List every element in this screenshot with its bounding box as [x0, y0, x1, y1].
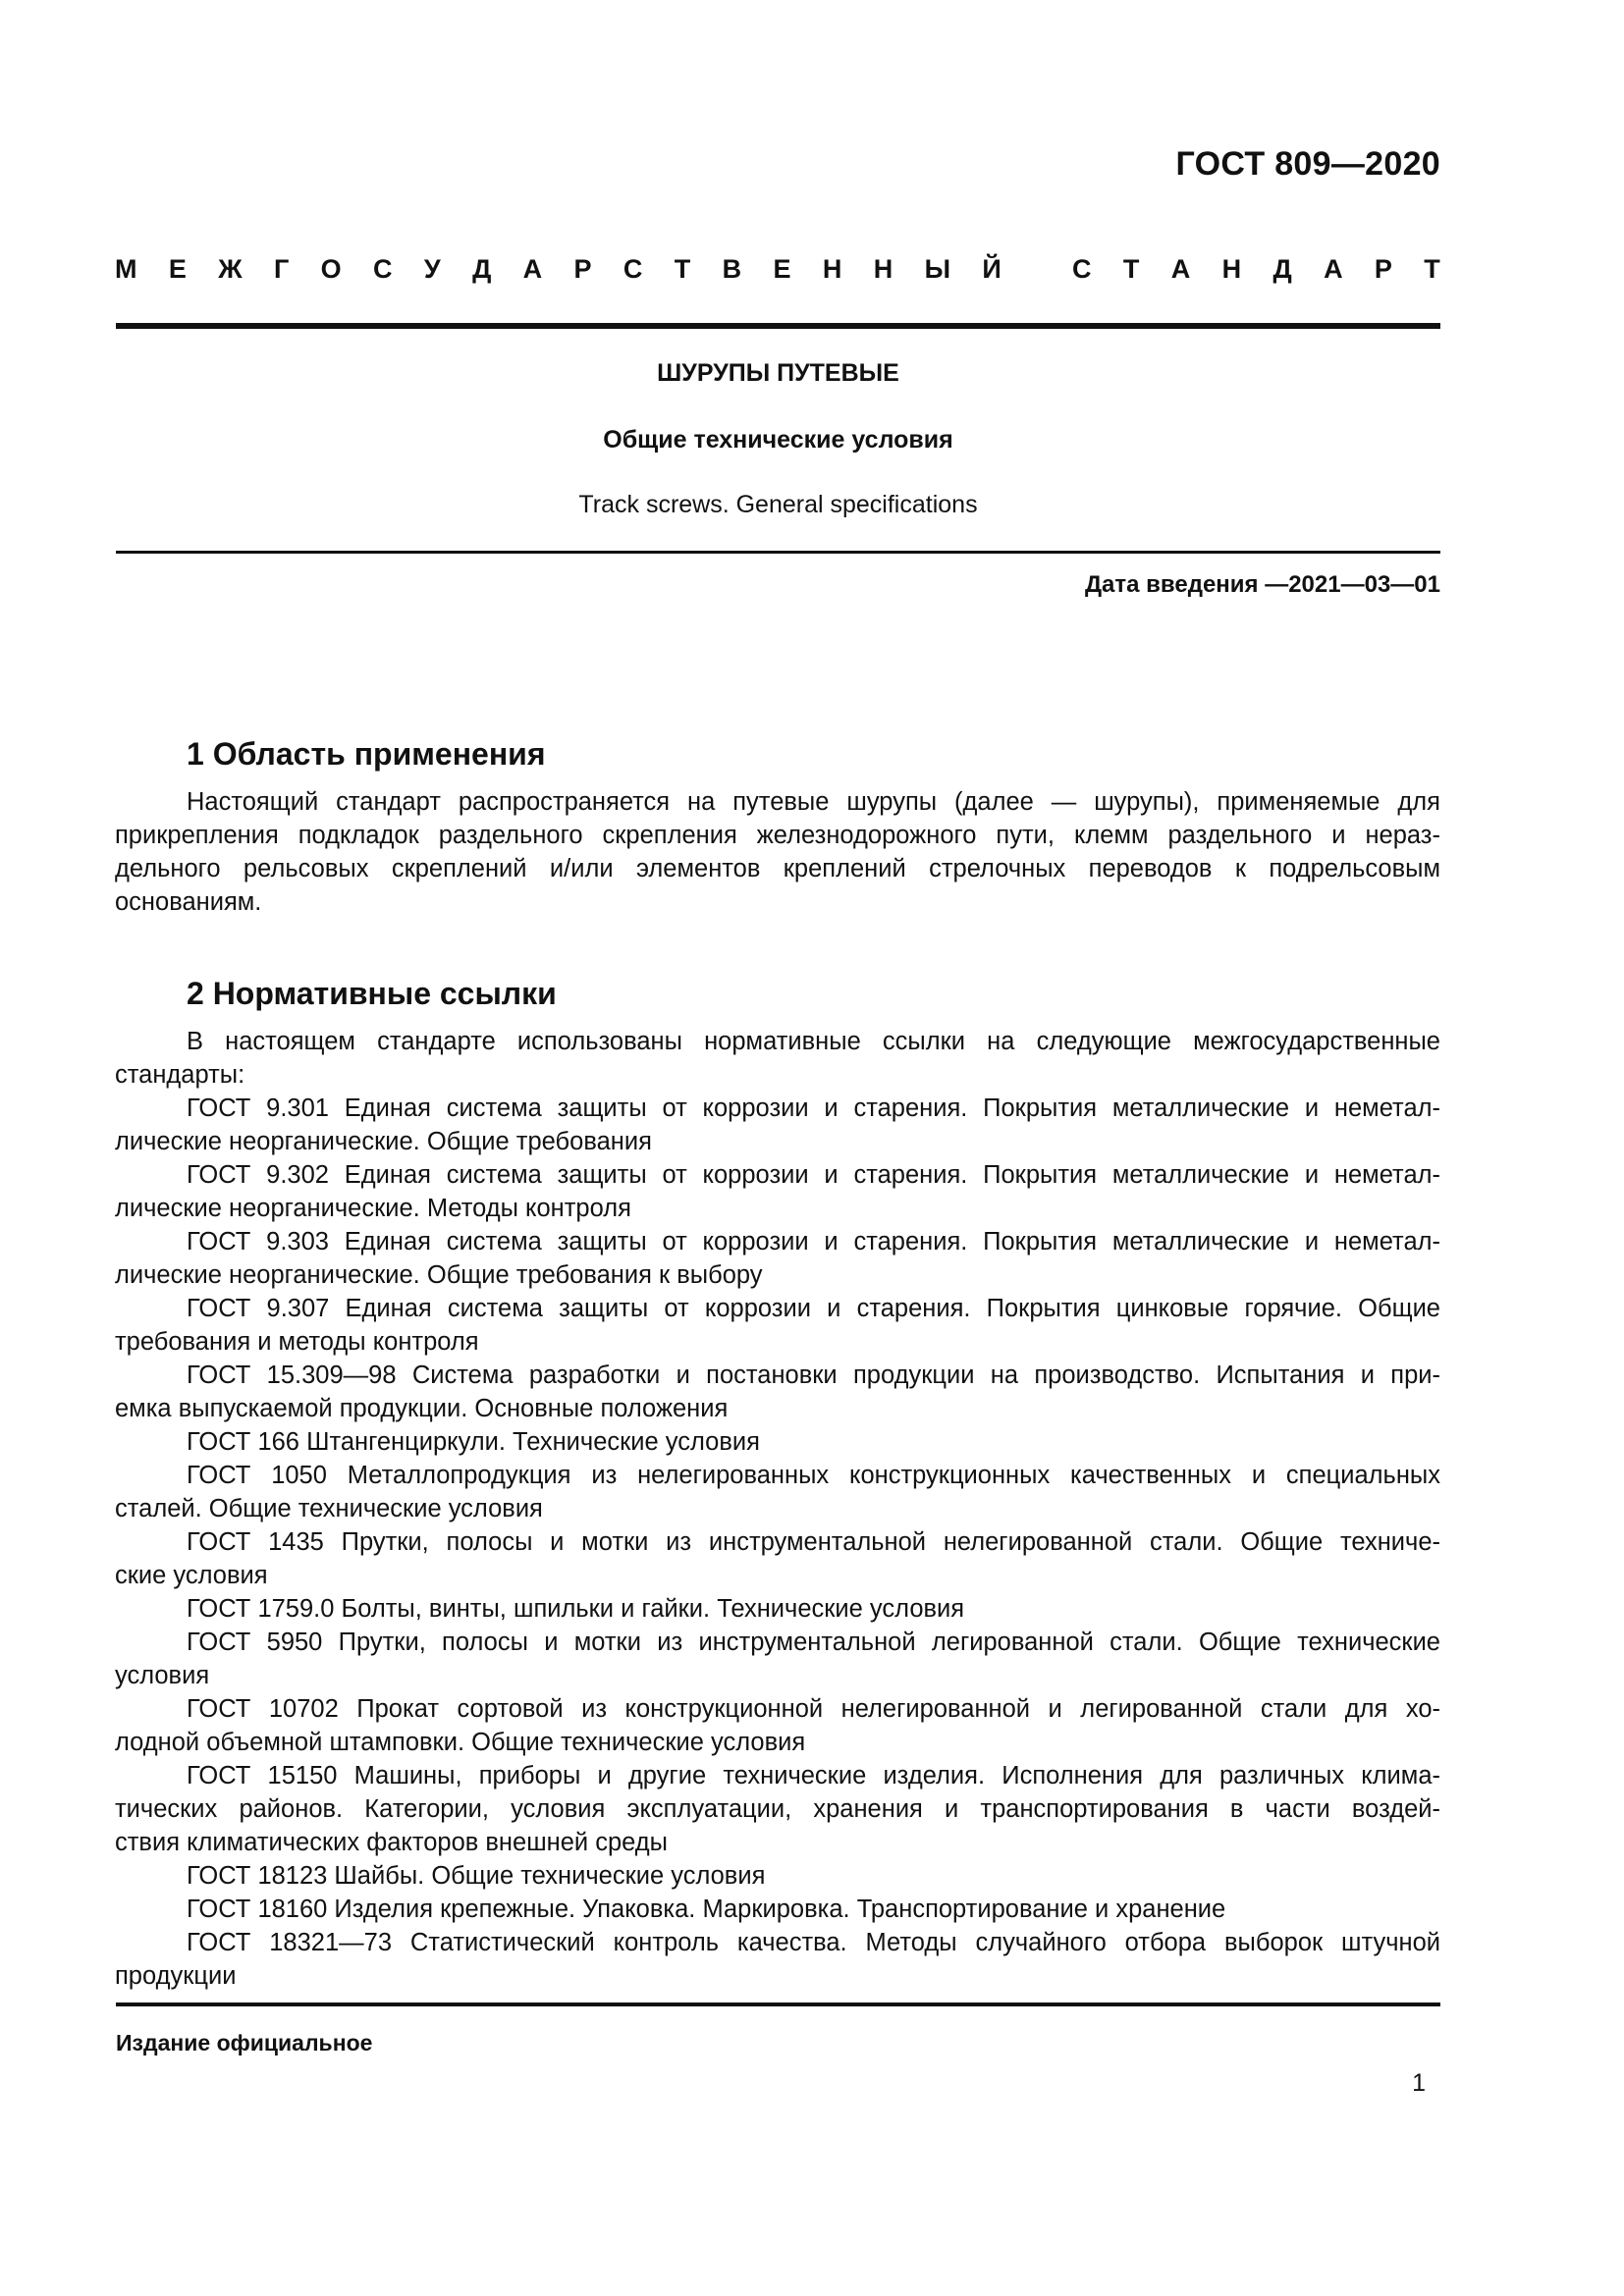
header-letter: Н [823, 252, 842, 286]
text-line: дельного рельсовых скреплений и/или элем… [115, 852, 1440, 885]
text-line: ГОСТ 1050 Металлопродукция из нелегирова… [115, 1459, 1440, 1492]
text-line: ГОСТ 9.301 Единая система защиты от корр… [115, 1092, 1440, 1125]
text-line: лические неорганические. Общие требовани… [115, 1125, 1440, 1158]
header-letter: Е [169, 252, 187, 286]
text-line: продукции [115, 1959, 1440, 1993]
title-rule [116, 551, 1440, 554]
text-line: Настоящий стандарт распространяется на п… [115, 785, 1440, 819]
header-letter: Ы [925, 252, 950, 286]
text-line: ГОСТ 18321—73 Статистический контроль ка… [115, 1926, 1440, 1959]
text-line: В настоящем стандарте использованы норма… [115, 1025, 1440, 1058]
header-letter: М [115, 252, 137, 286]
official-edition-label: Издание официальное [116, 2030, 372, 2056]
text-line: ГОСТ 166 Штангенциркули. Технические усл… [115, 1425, 1440, 1459]
text-line: ГОСТ 5950 Прутки, полосы и мотки из инст… [115, 1626, 1440, 1659]
header-letter: Т [675, 252, 691, 286]
header-letter: Н [874, 252, 893, 286]
header-letter: А [1171, 252, 1191, 286]
section-body: Настоящий стандарт распространяется на п… [115, 785, 1440, 919]
header-letter: А [523, 252, 543, 286]
text-line: тических районов. Категории, условия экс… [115, 1792, 1440, 1826]
page-number: 1 [1412, 2069, 1426, 2098]
text-line: лодной объемной штамповки. Общие техниче… [115, 1726, 1440, 1759]
header-letter: Ж [218, 252, 242, 286]
text-line: прикрепления подкладок раздельного скреп… [115, 819, 1440, 852]
text-line: ГОСТ 1759.0 Болты, винты, шпильки и гайк… [115, 1592, 1440, 1626]
introduction-date: Дата введения —2021—03—01 [1085, 571, 1440, 599]
text-line: ГОСТ 18123 Шайбы. Общие технические усло… [115, 1859, 1440, 1893]
section-normative-references: 2 Нормативные ссылки В настоящем стандар… [115, 974, 1440, 1993]
document-subtitle: Общие технические условия [116, 426, 1440, 454]
section-body: В настоящем стандарте использованы норма… [115, 1025, 1440, 1993]
text-line: стандарты: [115, 1058, 1440, 1092]
text-line: лические неорганические. Общие требовани… [115, 1258, 1440, 1292]
text-line: емка выпускаемой продукции. Основные пол… [115, 1392, 1440, 1425]
header-letter: Г [274, 252, 289, 286]
header-letter: Т [1424, 252, 1440, 286]
document-code: ГОСТ 809—2020 [1176, 145, 1440, 184]
text-line: сталей. Общие технические условия [115, 1492, 1440, 1525]
text-line: ские условия [115, 1559, 1440, 1592]
footer-rule [116, 2002, 1440, 2006]
text-line: ГОСТ 18160 Изделия крепежные. Упаковка. … [115, 1893, 1440, 1926]
text-line: ГОСТ 9.307 Единая система защиты от корр… [115, 1292, 1440, 1325]
header-letter: А [1324, 252, 1343, 286]
text-line: ГОСТ 10702 Прокат сортовой из конструкци… [115, 1692, 1440, 1726]
header-letter: С [1072, 252, 1092, 286]
header-letter: У [424, 252, 441, 286]
header-letter: О [321, 252, 342, 286]
text-line: основаниям. [115, 885, 1440, 919]
section-heading: 1 Область применения [115, 734, 1440, 774]
text-line: ГОСТ 9.302 Единая система защиты от корр… [115, 1158, 1440, 1192]
text-line: лические неорганические. Методы контроля [115, 1192, 1440, 1225]
section-heading: 2 Нормативные ссылки [115, 974, 1440, 1013]
standard-type-header: МЕЖГОСУДАРСТВЕННЫЙ СТАНДАРТ [115, 252, 1440, 286]
text-line: ГОСТ 9.303 Единая система защиты от корр… [115, 1225, 1440, 1258]
header-letter: В [723, 252, 742, 286]
header-letter: Т [1123, 252, 1140, 286]
text-line: требования и методы контроля [115, 1325, 1440, 1359]
header-letter: С [623, 252, 643, 286]
header-letter: Д [1272, 252, 1291, 286]
header-letter: Р [1375, 252, 1392, 286]
document-title: ШУРУПЫ ПУТЕВЫЕ [116, 359, 1440, 388]
text-line: ствия климатических факторов внешней сре… [115, 1826, 1440, 1859]
section-scope: 1 Область применения Настоящий стандарт … [115, 734, 1440, 919]
header-letter: Н [1222, 252, 1242, 286]
text-line: ГОСТ 15.309—98 Система разработки и пост… [115, 1359, 1440, 1392]
header-rule [116, 323, 1440, 329]
document-title-english: Track screws. General specifications [116, 491, 1440, 519]
text-line: условия [115, 1659, 1440, 1692]
header-letter: Й [982, 252, 1001, 286]
header-letter: С [373, 252, 393, 286]
text-line: ГОСТ 15150 Машины, приборы и другие техн… [115, 1759, 1440, 1792]
header-letter: Д [472, 252, 491, 286]
header-letter: Е [773, 252, 790, 286]
header-letter: Р [574, 252, 592, 286]
letter-gap [1033, 252, 1041, 286]
text-line: ГОСТ 1435 Прутки, полосы и мотки из инст… [115, 1525, 1440, 1559]
